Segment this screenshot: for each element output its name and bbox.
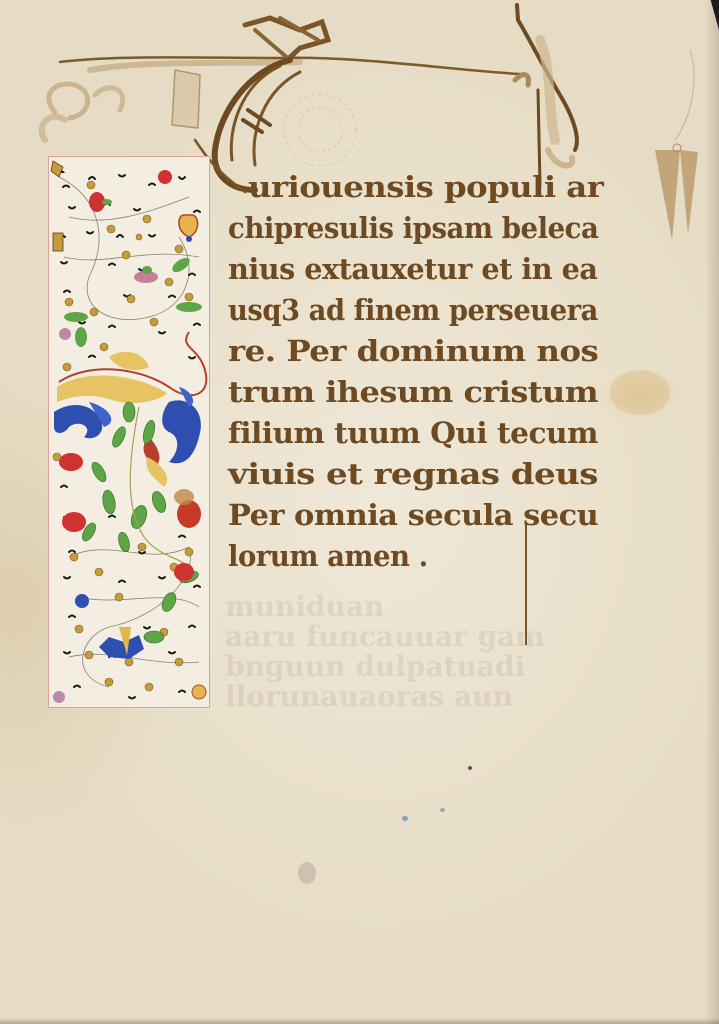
- floral-border-art: [49, 157, 210, 708]
- page-bottom-edge: [0, 1018, 719, 1024]
- ghost-line: bnguun dulpatuadi: [225, 650, 525, 683]
- smudge: [298, 862, 316, 884]
- descender-stroke: [525, 525, 527, 645]
- text-line-5: re. Per dominum nos: [228, 334, 598, 368]
- text-line-6: trum ihesum cristum: [228, 375, 598, 409]
- text-line-9: Per omnia secula secu: [228, 498, 598, 532]
- ink-speck: [468, 766, 472, 770]
- blue-speck: [402, 816, 408, 821]
- text-line-3: nius extauxetur et in ea: [228, 252, 597, 286]
- illuminated-border: [48, 156, 210, 708]
- water-stain: [610, 370, 670, 415]
- text-line-2: chipresulis ipsam beleca: [228, 211, 598, 245]
- blue-speck: [440, 808, 445, 812]
- text-line-8: viuis et regnas deus: [228, 457, 598, 491]
- ghost-line: llorunauaoras aun: [225, 680, 513, 713]
- text-line-10: lorum amen .: [228, 539, 428, 573]
- text-line-4: usq3 ad finem perseuera: [228, 293, 598, 327]
- manuscript-page: muniduan aaru funcauuar gam bnguun dulpa…: [0, 0, 719, 1024]
- text-line-7: filium tuum Qui tecum: [228, 416, 598, 450]
- text-line-1: uriouensis populi ar: [248, 170, 603, 204]
- ghost-line: muniduan: [225, 590, 384, 623]
- ghost-line: aaru funcauuar gam: [225, 620, 545, 653]
- page-edge-shadow: [705, 0, 719, 1024]
